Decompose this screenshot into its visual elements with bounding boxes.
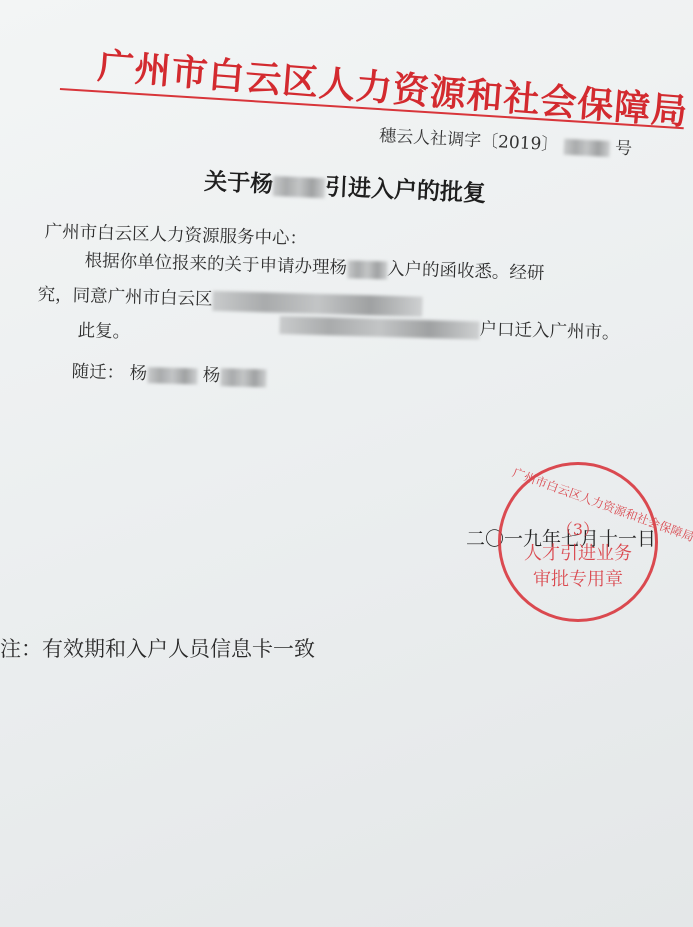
seal-line-2: 审批专用章 — [501, 565, 655, 591]
person-1: 杨 — [129, 364, 147, 384]
body-line-1: 根据你单位报来的关于申请办理杨入户的函收悉。经研 — [84, 247, 545, 285]
person-2: 杨 — [202, 366, 220, 386]
seal-line-1: 人才引进业务 — [501, 539, 655, 565]
redacted-block — [347, 260, 387, 279]
redacted-block — [273, 176, 326, 198]
redacted-block — [147, 367, 197, 384]
seal-number: （3） — [501, 517, 655, 540]
official-seal: 广州市白云区人力资源和社会保障局 （3） 人才引进业务 审批专用章 — [498, 462, 658, 622]
doc-number-prefix: 穗云人社调字〔2019〕 — [379, 126, 559, 155]
closing-line: 此复。 — [77, 317, 130, 343]
redacted-block — [279, 315, 479, 339]
label: 随迁： — [71, 362, 124, 383]
body-line-3: 户口迁入广州市。 — [279, 310, 620, 344]
validity-note: 注：有效期和入户人员信息卡一致 — [0, 633, 315, 663]
title-part-1: 关于杨 — [204, 169, 274, 198]
addressee: 广州市白云区人力资源服务中心： — [44, 218, 307, 250]
text-segment: 根据你单位报来的关于申请办理杨 — [84, 251, 347, 278]
text-segment: 究，同意广州市白云区 — [37, 285, 212, 310]
document-page: 广州市白云区人力资源和社会保障局 穗云人社调字〔2019〕 号 关于杨引进入户的… — [0, 0, 693, 927]
redacted-block — [220, 368, 266, 387]
title-part-2: 引进入户的批复 — [324, 174, 486, 207]
text-segment: 入户的函收悉。经研 — [387, 259, 545, 283]
document-title: 关于杨引进入户的批复 — [204, 163, 487, 208]
redacted-block — [563, 138, 610, 156]
doc-number-suffix: 号 — [614, 138, 632, 159]
text-segment: 户口迁入广州市。 — [479, 320, 620, 344]
accompanying-persons: 随迁： 杨 杨 — [71, 358, 266, 388]
